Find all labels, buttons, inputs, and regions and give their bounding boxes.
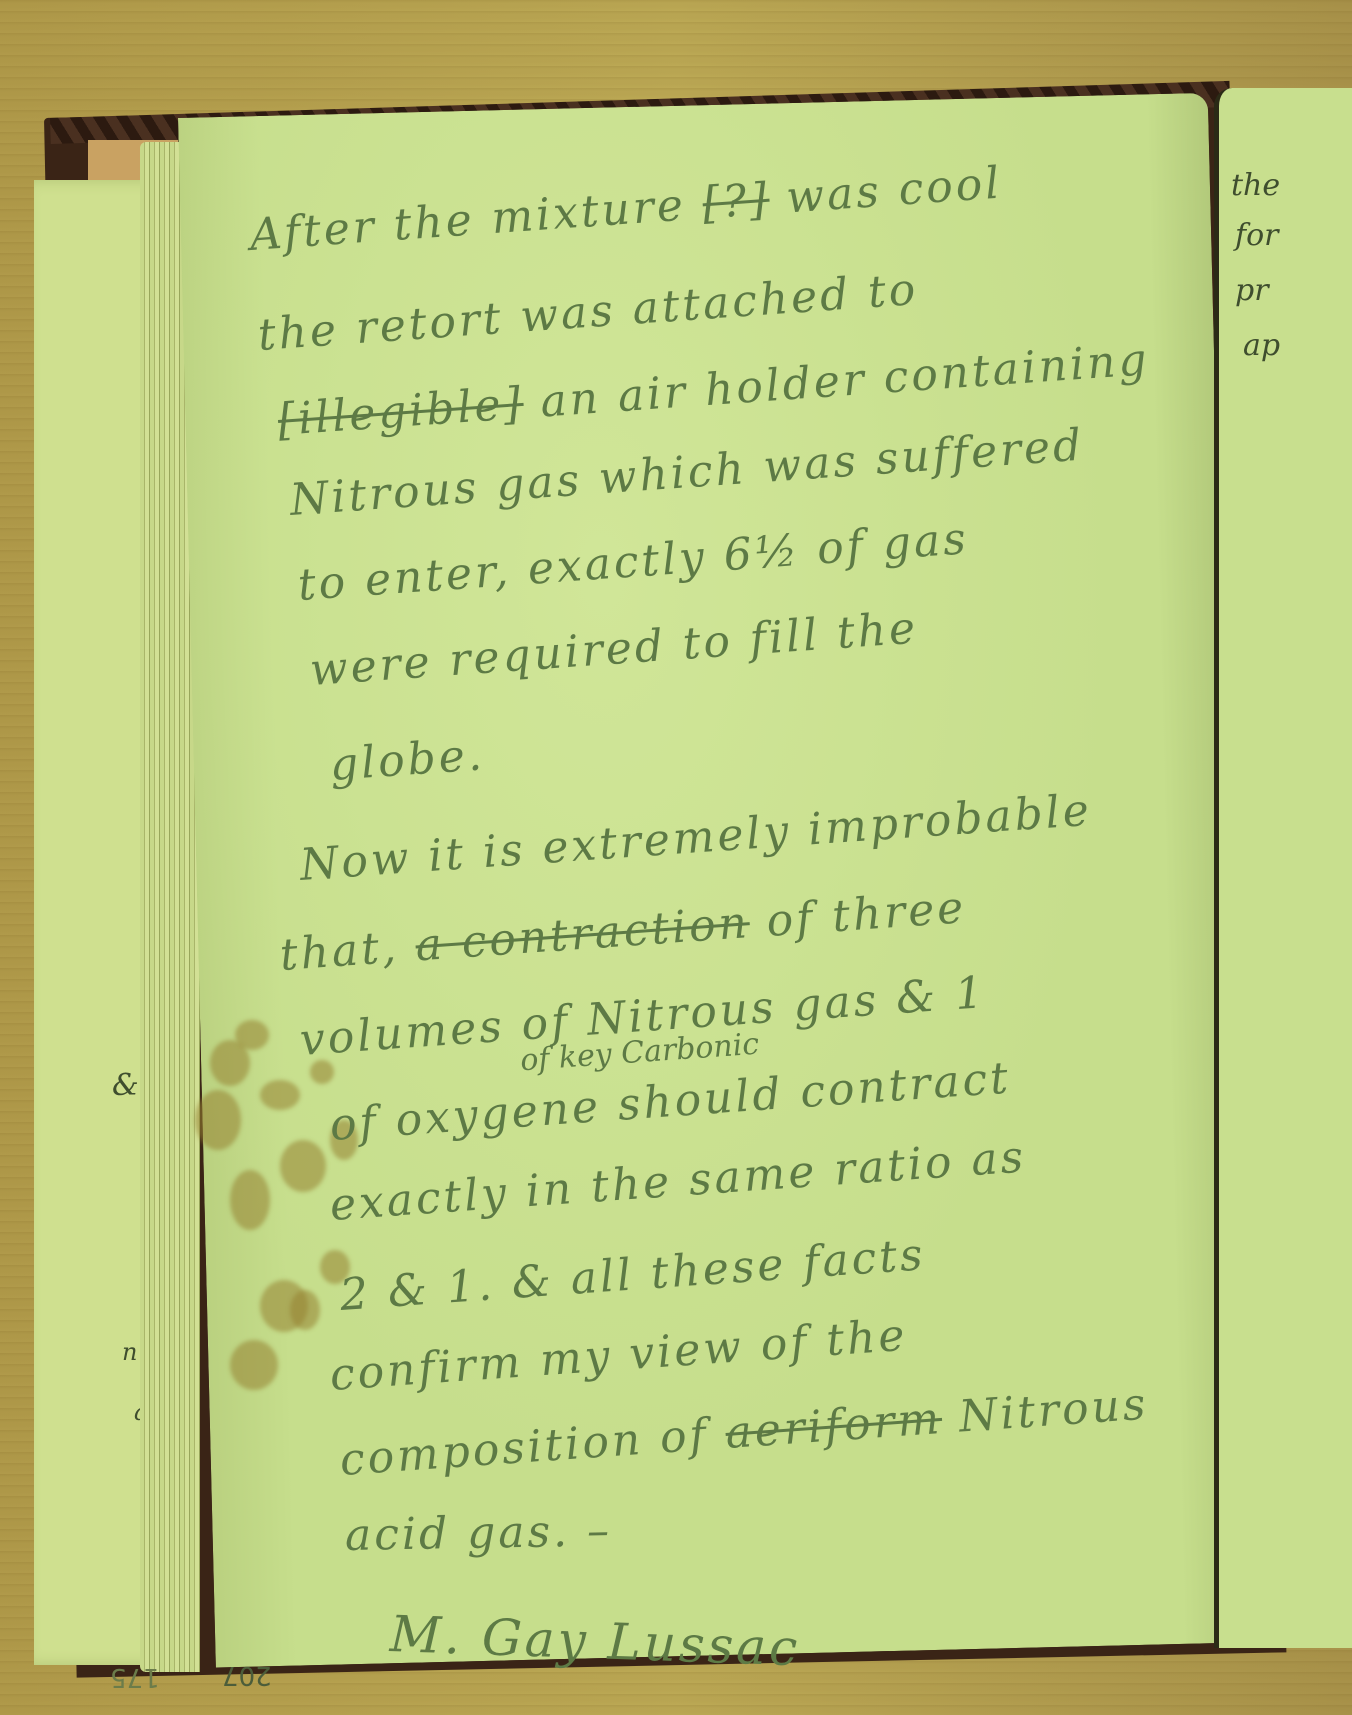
text-line: globe. xyxy=(328,729,486,791)
text-line: acid gas. – xyxy=(345,1505,613,1561)
deleted-word: [?] xyxy=(701,174,771,230)
flyleaf-mark: & xyxy=(112,1068,139,1103)
facing-page-fragment: ap xyxy=(1243,328,1280,363)
facing-page-fragment: the xyxy=(1231,168,1280,203)
page-number-stack: 175 xyxy=(110,1662,160,1692)
facing-page: the for pr ap xyxy=(1214,88,1352,1648)
facing-page-fragment: for xyxy=(1235,218,1279,253)
facing-page-fragment: pr xyxy=(1235,273,1269,308)
page-number: 207 xyxy=(222,1660,272,1690)
notebook-photo: & n~ l ap l the for pr ap After the mixt… xyxy=(0,0,1352,1715)
